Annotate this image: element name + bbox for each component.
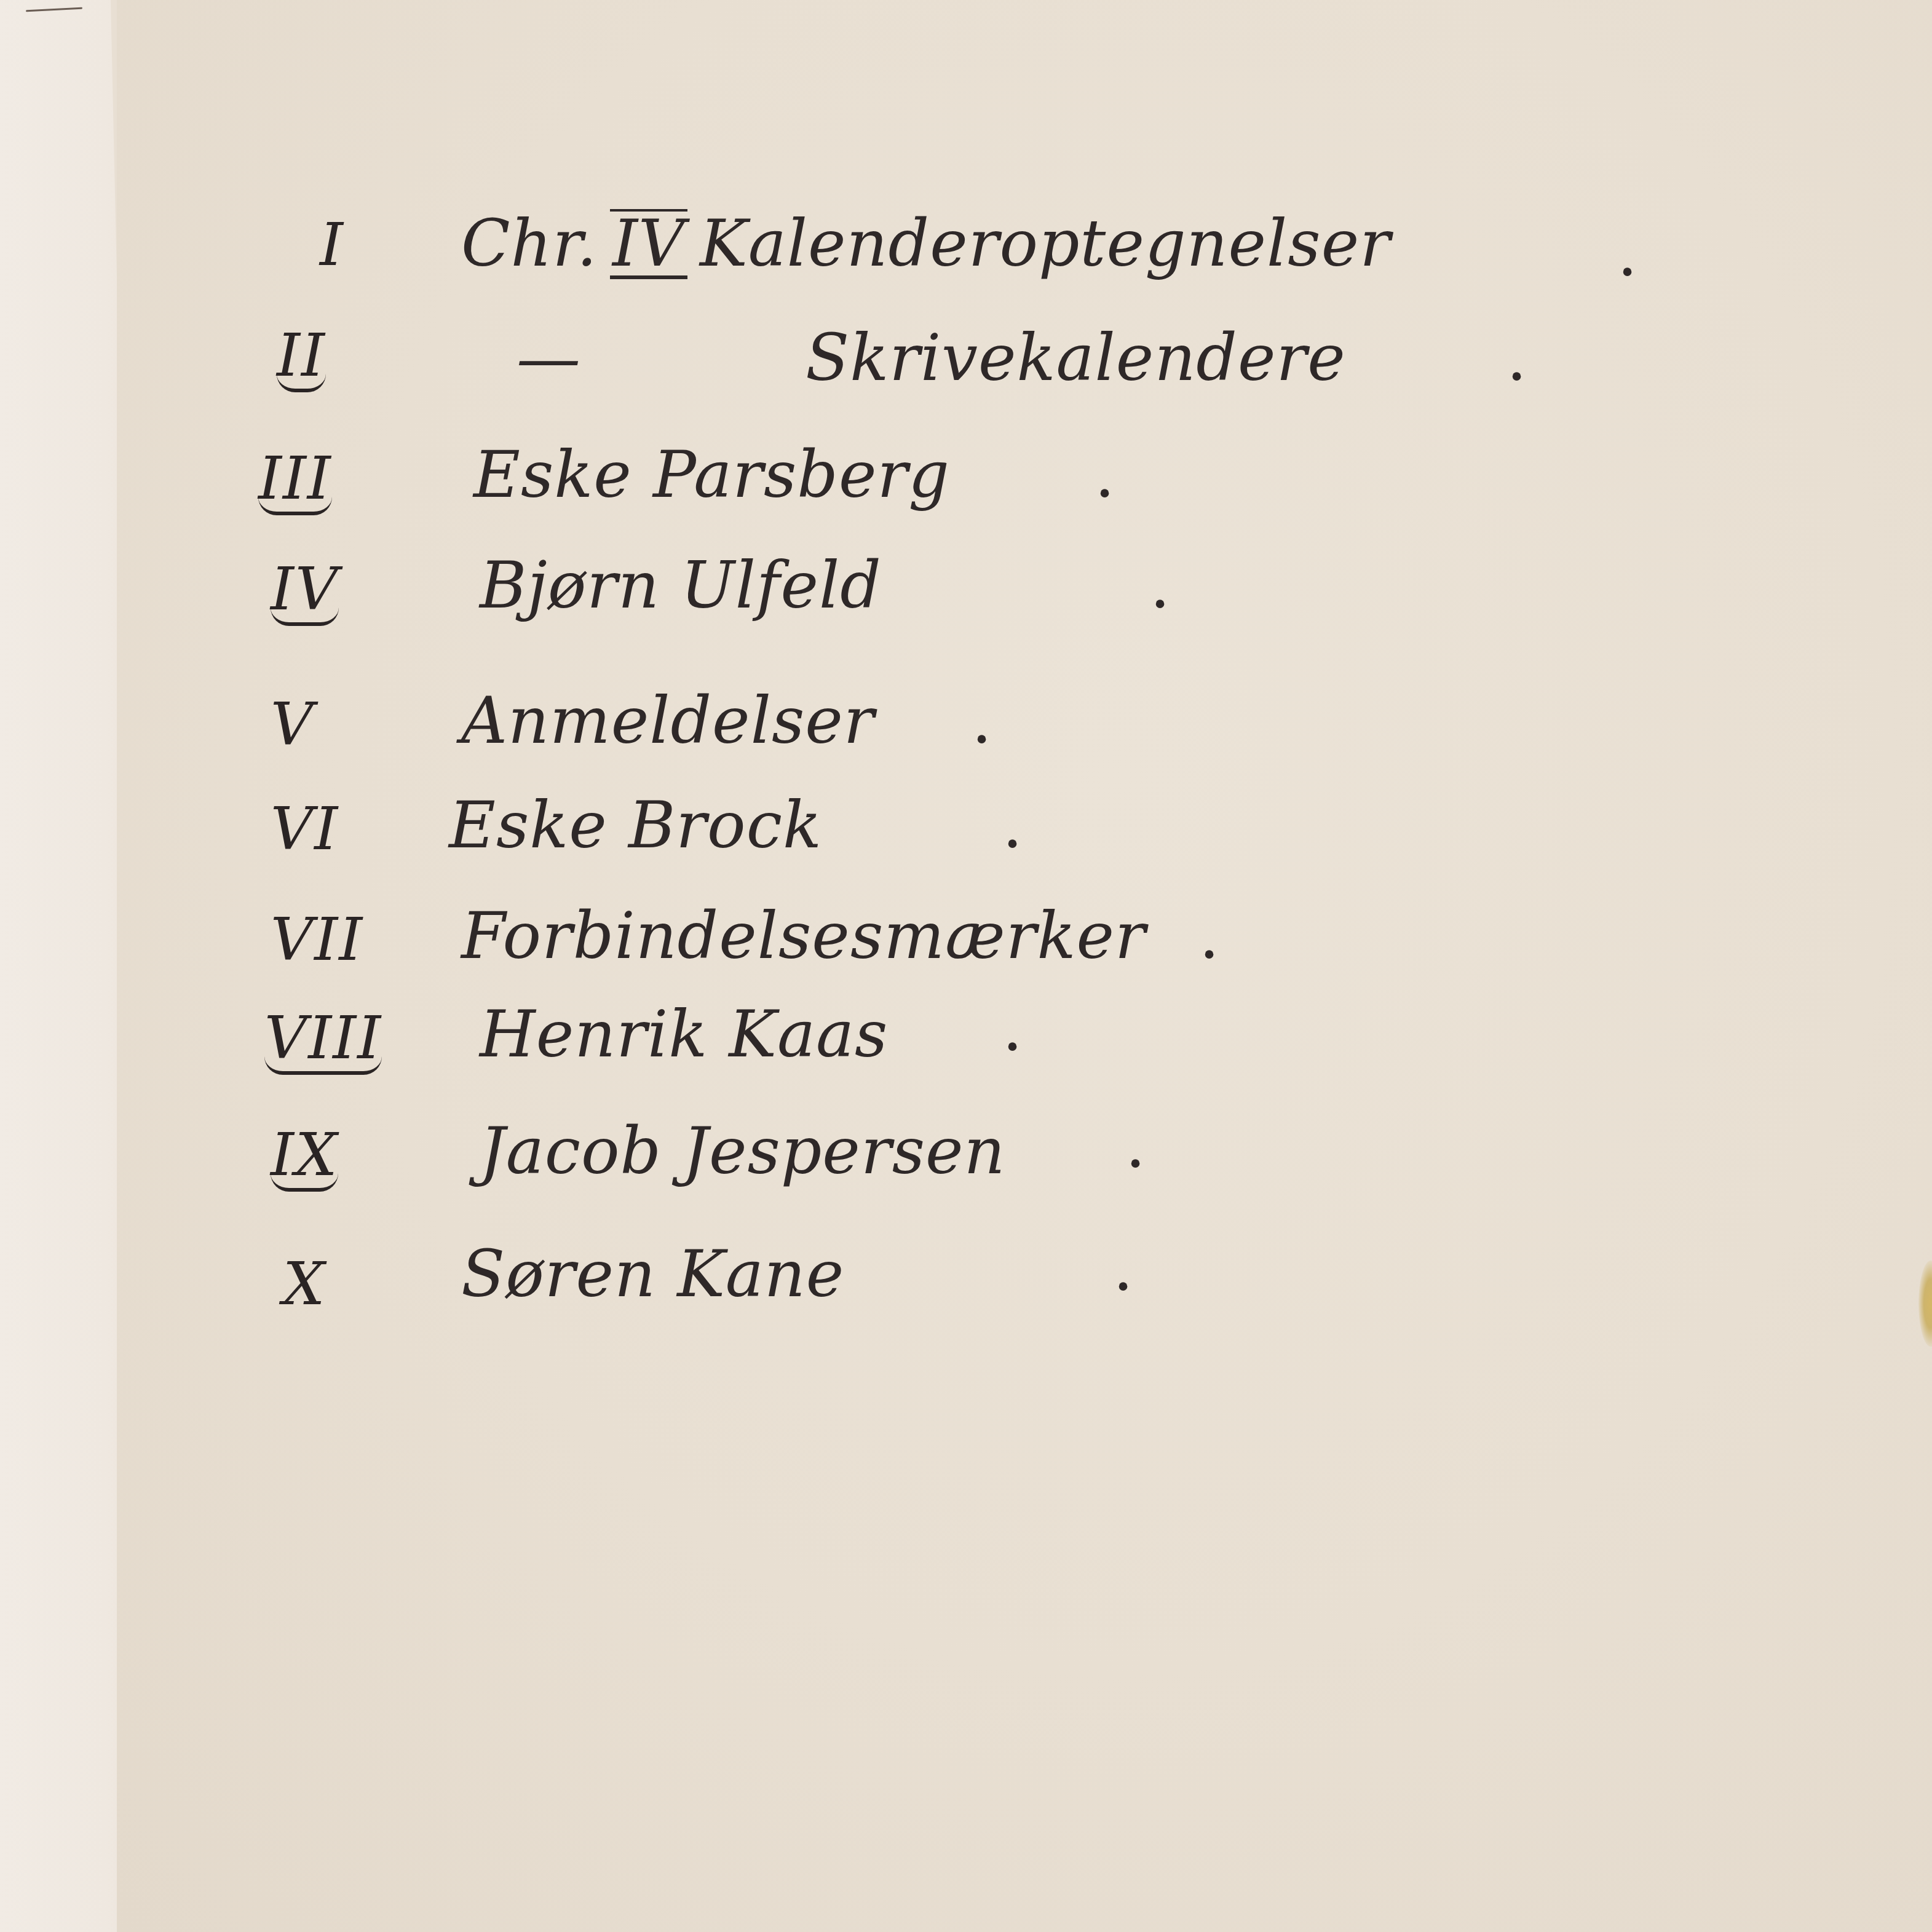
list-item: I Chr.IVKalenderoptegnelser . [117,203,1932,307]
entry-title-text: Henrik Kaas [480,1002,888,1066]
entry-title-text: Anmeldelser [461,689,875,753]
entry-prefix: — [517,326,581,390]
list-item: VI Eske Brock . [117,781,1932,885]
entry-title-text: Bjørn Ulfeld [480,553,882,617]
entry-period: . [1150,553,1170,617]
entry-sub-numeral: IV [610,209,687,279]
roman-numeral: V [271,695,314,754]
list-item: IV Bjørn Ulfeld . [117,541,1932,646]
roman-numeral: VI [271,799,339,858]
list-item: X Søren Kane . [117,1230,1932,1334]
list-item: II — Skrivekalendere . [117,314,1932,418]
list-item: VIII Henrik Kaas . [117,990,1932,1095]
entry-period: . [972,689,992,753]
roman-numeral: IX [271,1125,338,1192]
list-item: IX Jacob Jespersen . [117,1107,1932,1211]
entry-period: . [1617,221,1637,285]
entry-title-text: Forbindelsesmærker [461,904,1146,968]
roman-numeral: VII [271,910,363,969]
entry-period: . [1002,996,1023,1060]
index-list: I Chr.IVKalenderoptegnelser . II — Skriv… [117,0,1932,1932]
entry-title-text: Eske Brock [449,793,822,857]
entry-title: Chr.IVKalenderoptegnelser [461,209,1391,279]
list-item: III Eske Parsberg . [117,430,1932,535]
entry-prefix: Chr. [461,206,598,281]
entry-period: . [1095,443,1115,507]
entry-period: . [1125,1113,1146,1177]
entry-title-text: Skrivekalendere [806,326,1346,390]
entry-title-text: Kalenderoptegnelser [700,206,1391,281]
entry-title-text: Søren Kane [461,1242,844,1306]
entry-title-text: Eske Parsberg [473,443,950,507]
roman-numeral: I [320,215,344,274]
manuscript-page: I Chr.IVKalenderoptegnelser . II — Skriv… [117,0,1932,1932]
list-item: VII Forbindelsesmærker . [117,892,1932,996]
entry-period: . [1113,1236,1133,1300]
roman-numeral: III [258,449,332,515]
entry-period: . [1002,793,1023,857]
entry-period: . [1199,904,1219,968]
entry-period: . [1506,326,1527,390]
roman-numeral: II [277,326,326,392]
pencil-mark [26,7,82,12]
roman-numeral: X [283,1254,326,1313]
entry-title-text: Jacob Jespersen [480,1119,1006,1183]
list-item: V Anmeldelser . [117,676,1932,781]
photo-scene: I Chr.IVKalenderoptegnelser . II — Skriv… [0,0,1932,1932]
roman-numeral: VIII [264,1008,382,1075]
roman-numeral: IV [271,560,339,626]
